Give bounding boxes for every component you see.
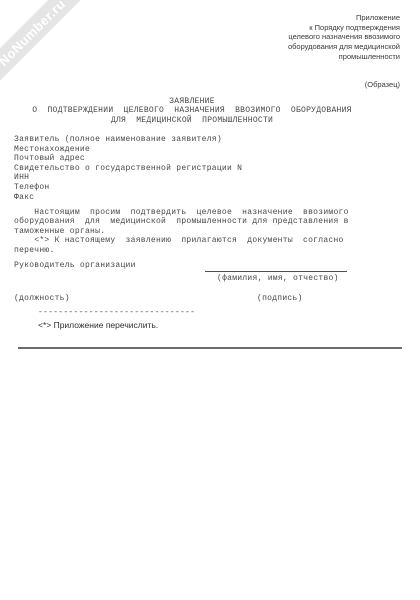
title-line: О ПОДТВЕРЖДЕНИИ ЦЕЛЕВОГО НАЗНАЧЕНИЯ ВВОЗ… <box>14 106 370 115</box>
signature-name-line <box>205 263 347 272</box>
annex-note-line: оборудования для медицинской <box>288 42 400 52</box>
signature-sign-label: (подпись) <box>257 294 303 303</box>
sample-label: (Образец) <box>365 80 400 89</box>
field-location: Местонахождение <box>14 145 242 155</box>
bottom-divider-rule <box>18 347 402 349</box>
field-inn: ИНН <box>14 173 242 183</box>
field-applicant: Заявитель (полное наименование заявителя… <box>14 135 242 145</box>
title-line: ДЛЯ МЕДИЦИНСКОЙ ПРОМЫШЛЕННОСТИ <box>14 116 370 125</box>
annex-note-line: к Порядку подтверждения <box>288 23 400 33</box>
annex-note-line: промышленности <box>288 52 400 62</box>
signature-position-label: (должность) <box>14 294 70 303</box>
footnote-text: <*> Приложение перечислить. <box>38 320 158 330</box>
body-line: Настоящим просим подтвердить целевое наз… <box>14 208 349 217</box>
body-line: оборудования для медицинской промышленно… <box>14 217 349 226</box>
body-line: таможенные органы. <box>14 227 349 236</box>
signature-name-hint: (фамилия, имя, отчество) <box>217 274 339 283</box>
field-phone: Телефон <box>14 183 242 193</box>
annex-note: Приложение к Порядку подтверждения целев… <box>288 13 400 62</box>
body-line: перечню. <box>14 246 349 255</box>
annex-note-line: целевого назначения ввозимого <box>288 32 400 42</box>
body-line: <*> К настоящему заявлению прилагаются д… <box>14 236 349 245</box>
title-line: ЗАЯВЛЕНИЕ <box>14 97 370 106</box>
annex-note-line: Приложение <box>288 13 400 23</box>
footnote-divider: ------------------------------- <box>38 308 195 317</box>
watermark-band: NoNumber.ru <box>0 0 100 101</box>
body-paragraph: Настоящим просим подтвердить целевое наз… <box>14 208 349 255</box>
document-page: NoNumber.ru Приложение к Порядку подтвер… <box>0 0 420 600</box>
document-title: ЗАЯВЛЕНИЕ О ПОДТВЕРЖДЕНИИ ЦЕЛЕВОГО НАЗНА… <box>14 97 370 125</box>
field-fax: Факс <box>14 193 242 203</box>
applicant-fields: Заявитель (полное наименование заявителя… <box>14 135 242 202</box>
signature-leader-label: Руководитель организации <box>14 261 136 270</box>
field-registration-certificate: Свидетельство о государственной регистра… <box>14 164 242 174</box>
watermark-text: NoNumber.ru <box>0 0 68 69</box>
field-postal-address: Почтовый адрес <box>14 154 242 164</box>
